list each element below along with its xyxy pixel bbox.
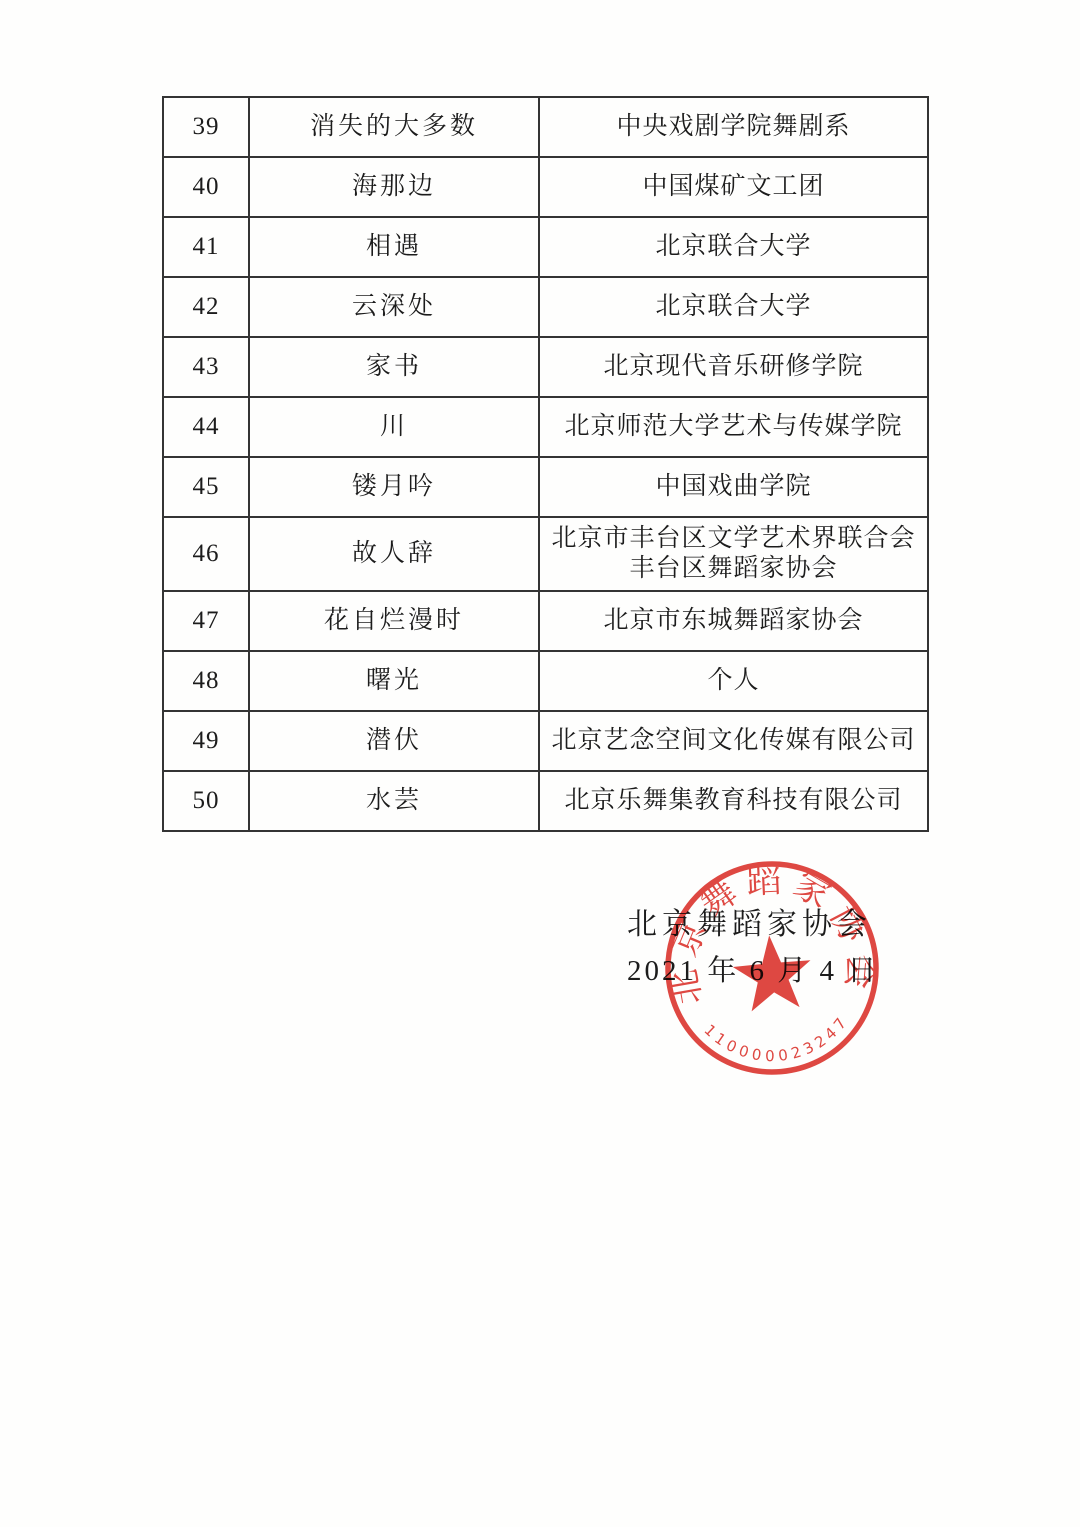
row-number: 46 <box>163 517 249 591</box>
table-row: 41 相遇 北京联合大学 <box>163 217 928 277</box>
row-number: 41 <box>163 217 249 277</box>
row-organization: 北京联合大学 <box>539 277 928 337</box>
row-number: 43 <box>163 337 249 397</box>
row-title: 家书 <box>249 337 539 397</box>
row-title: 消失的大多数 <box>249 97 539 157</box>
row-title: 曙光 <box>249 651 539 711</box>
row-organization: 中国煤矿文工团 <box>539 157 928 217</box>
row-title: 镂月吟 <box>249 457 539 517</box>
table-row: 50 水芸 北京乐舞集教育科技有限公司 <box>163 771 928 831</box>
row-organization: 北京市东城舞蹈家协会 <box>539 591 928 651</box>
table-row: 47 花自烂漫时 北京市东城舞蹈家协会 <box>163 591 928 651</box>
table-row: 44 川 北京师范大学艺术与传媒学院 <box>163 397 928 457</box>
table-row: 43 家书 北京现代音乐研修学院 <box>163 337 928 397</box>
row-title: 云深处 <box>249 277 539 337</box>
row-title: 潜伏 <box>249 711 539 771</box>
row-organization: 北京艺念空间文化传媒有限公司 <box>539 711 928 771</box>
row-title: 相遇 <box>249 217 539 277</box>
row-number: 40 <box>163 157 249 217</box>
row-number: 42 <box>163 277 249 337</box>
row-number: 44 <box>163 397 249 457</box>
row-number: 39 <box>163 97 249 157</box>
row-title: 水芸 <box>249 771 539 831</box>
signature-org: 北京舞蹈家协会 <box>627 905 879 945</box>
row-organization: 北京市丰台区文学艺术界联合会 丰台区舞蹈家协会 <box>539 517 928 591</box>
row-organization: 北京乐舞集教育科技有限公司 <box>539 771 928 831</box>
table-row: 48 曙光 个人 <box>163 651 928 711</box>
row-title: 花自烂漫时 <box>249 591 539 651</box>
row-organization: 北京师范大学艺术与传媒学院 <box>539 397 928 457</box>
row-number: 49 <box>163 711 249 771</box>
row-number: 48 <box>163 651 249 711</box>
row-organization: 中国戏曲学院 <box>539 457 928 517</box>
row-title: 海那边 <box>249 157 539 217</box>
document-page: 39 消失的大多数 中央戏剧学院舞剧系 40 海那边 中国煤矿文工团 41 相遇… <box>0 0 1080 1527</box>
table-row: 42 云深处 北京联合大学 <box>163 277 928 337</box>
row-number: 50 <box>163 771 249 831</box>
table-body: 39 消失的大多数 中央戏剧学院舞剧系 40 海那边 中国煤矿文工团 41 相遇… <box>163 97 928 831</box>
table-row: 39 消失的大多数 中央戏剧学院舞剧系 <box>163 97 928 157</box>
row-number: 45 <box>163 457 249 517</box>
row-number: 47 <box>163 591 249 651</box>
table-row: 46 故人辞 北京市丰台区文学艺术界联合会 丰台区舞蹈家协会 <box>163 517 928 591</box>
award-table: 39 消失的大多数 中央戏剧学院舞剧系 40 海那边 中国煤矿文工团 41 相遇… <box>162 96 929 832</box>
row-organization: 北京联合大学 <box>539 217 928 277</box>
row-organization: 北京现代音乐研修学院 <box>539 337 928 397</box>
table-row: 40 海那边 中国煤矿文工团 <box>163 157 928 217</box>
row-title: 故人辞 <box>249 517 539 591</box>
signature-block: 北京舞蹈家协会 2021 年 6 月 4 日 <box>627 905 879 991</box>
signature-date: 2021 年 6 月 4 日 <box>627 951 879 991</box>
table-row: 45 镂月吟 中国戏曲学院 <box>163 457 928 517</box>
row-organization: 中央戏剧学院舞剧系 <box>539 97 928 157</box>
row-organization: 个人 <box>539 651 928 711</box>
row-title: 川 <box>249 397 539 457</box>
table-row: 49 潜伏 北京艺念空间文化传媒有限公司 <box>163 711 928 771</box>
